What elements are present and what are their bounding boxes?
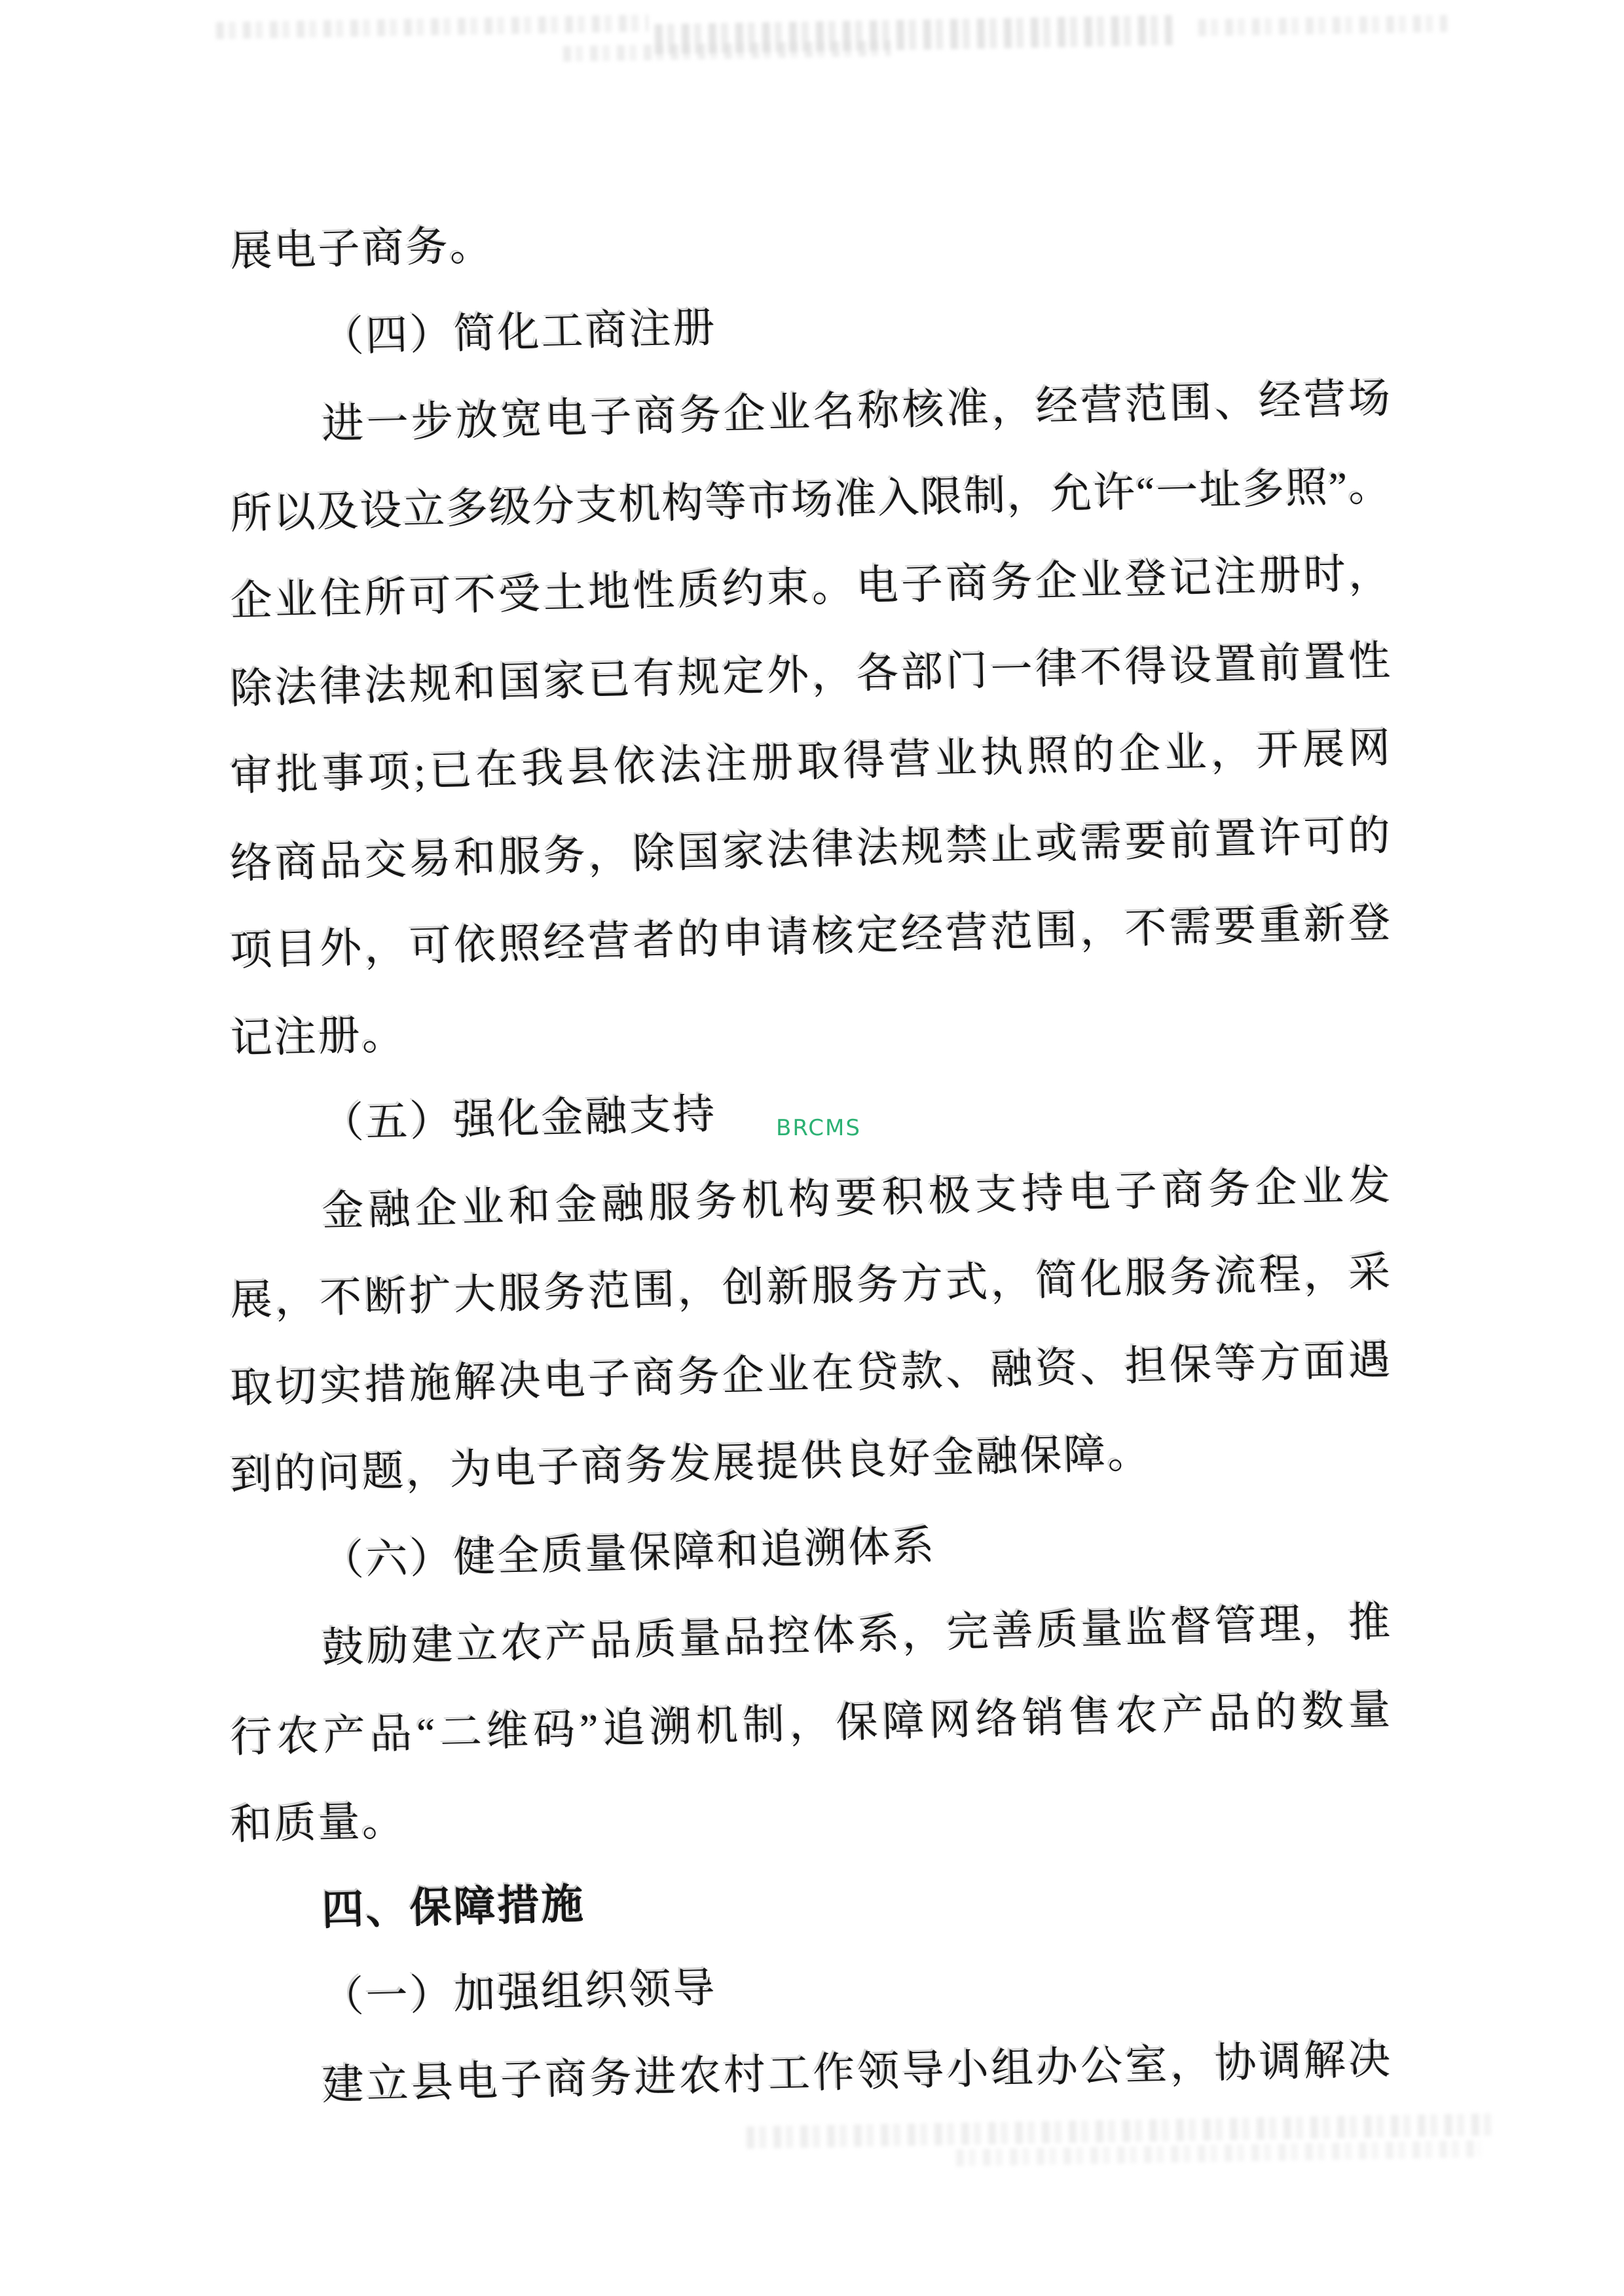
- document-text: 展电子商务。（四）简化工商注册进一步放宽电子商务企业名称核准，经营范围、经营场所…: [231, 208, 1391, 2131]
- scanned-document-page: 展电子商务。（四）简化工商注册进一步放宽电子商务企业名称核准，经营范围、经营场所…: [0, 0, 1624, 2296]
- scan-bleed-artifact-top-left: [216, 14, 648, 39]
- scan-bleed-artifact-bottom-row2: [956, 2140, 1480, 2166]
- brcms-watermark: BRCMS: [776, 1117, 861, 1139]
- scan-bleed-artifact-top-row2: [563, 41, 891, 62]
- scan-bleed-artifact-top-right: [1198, 15, 1447, 37]
